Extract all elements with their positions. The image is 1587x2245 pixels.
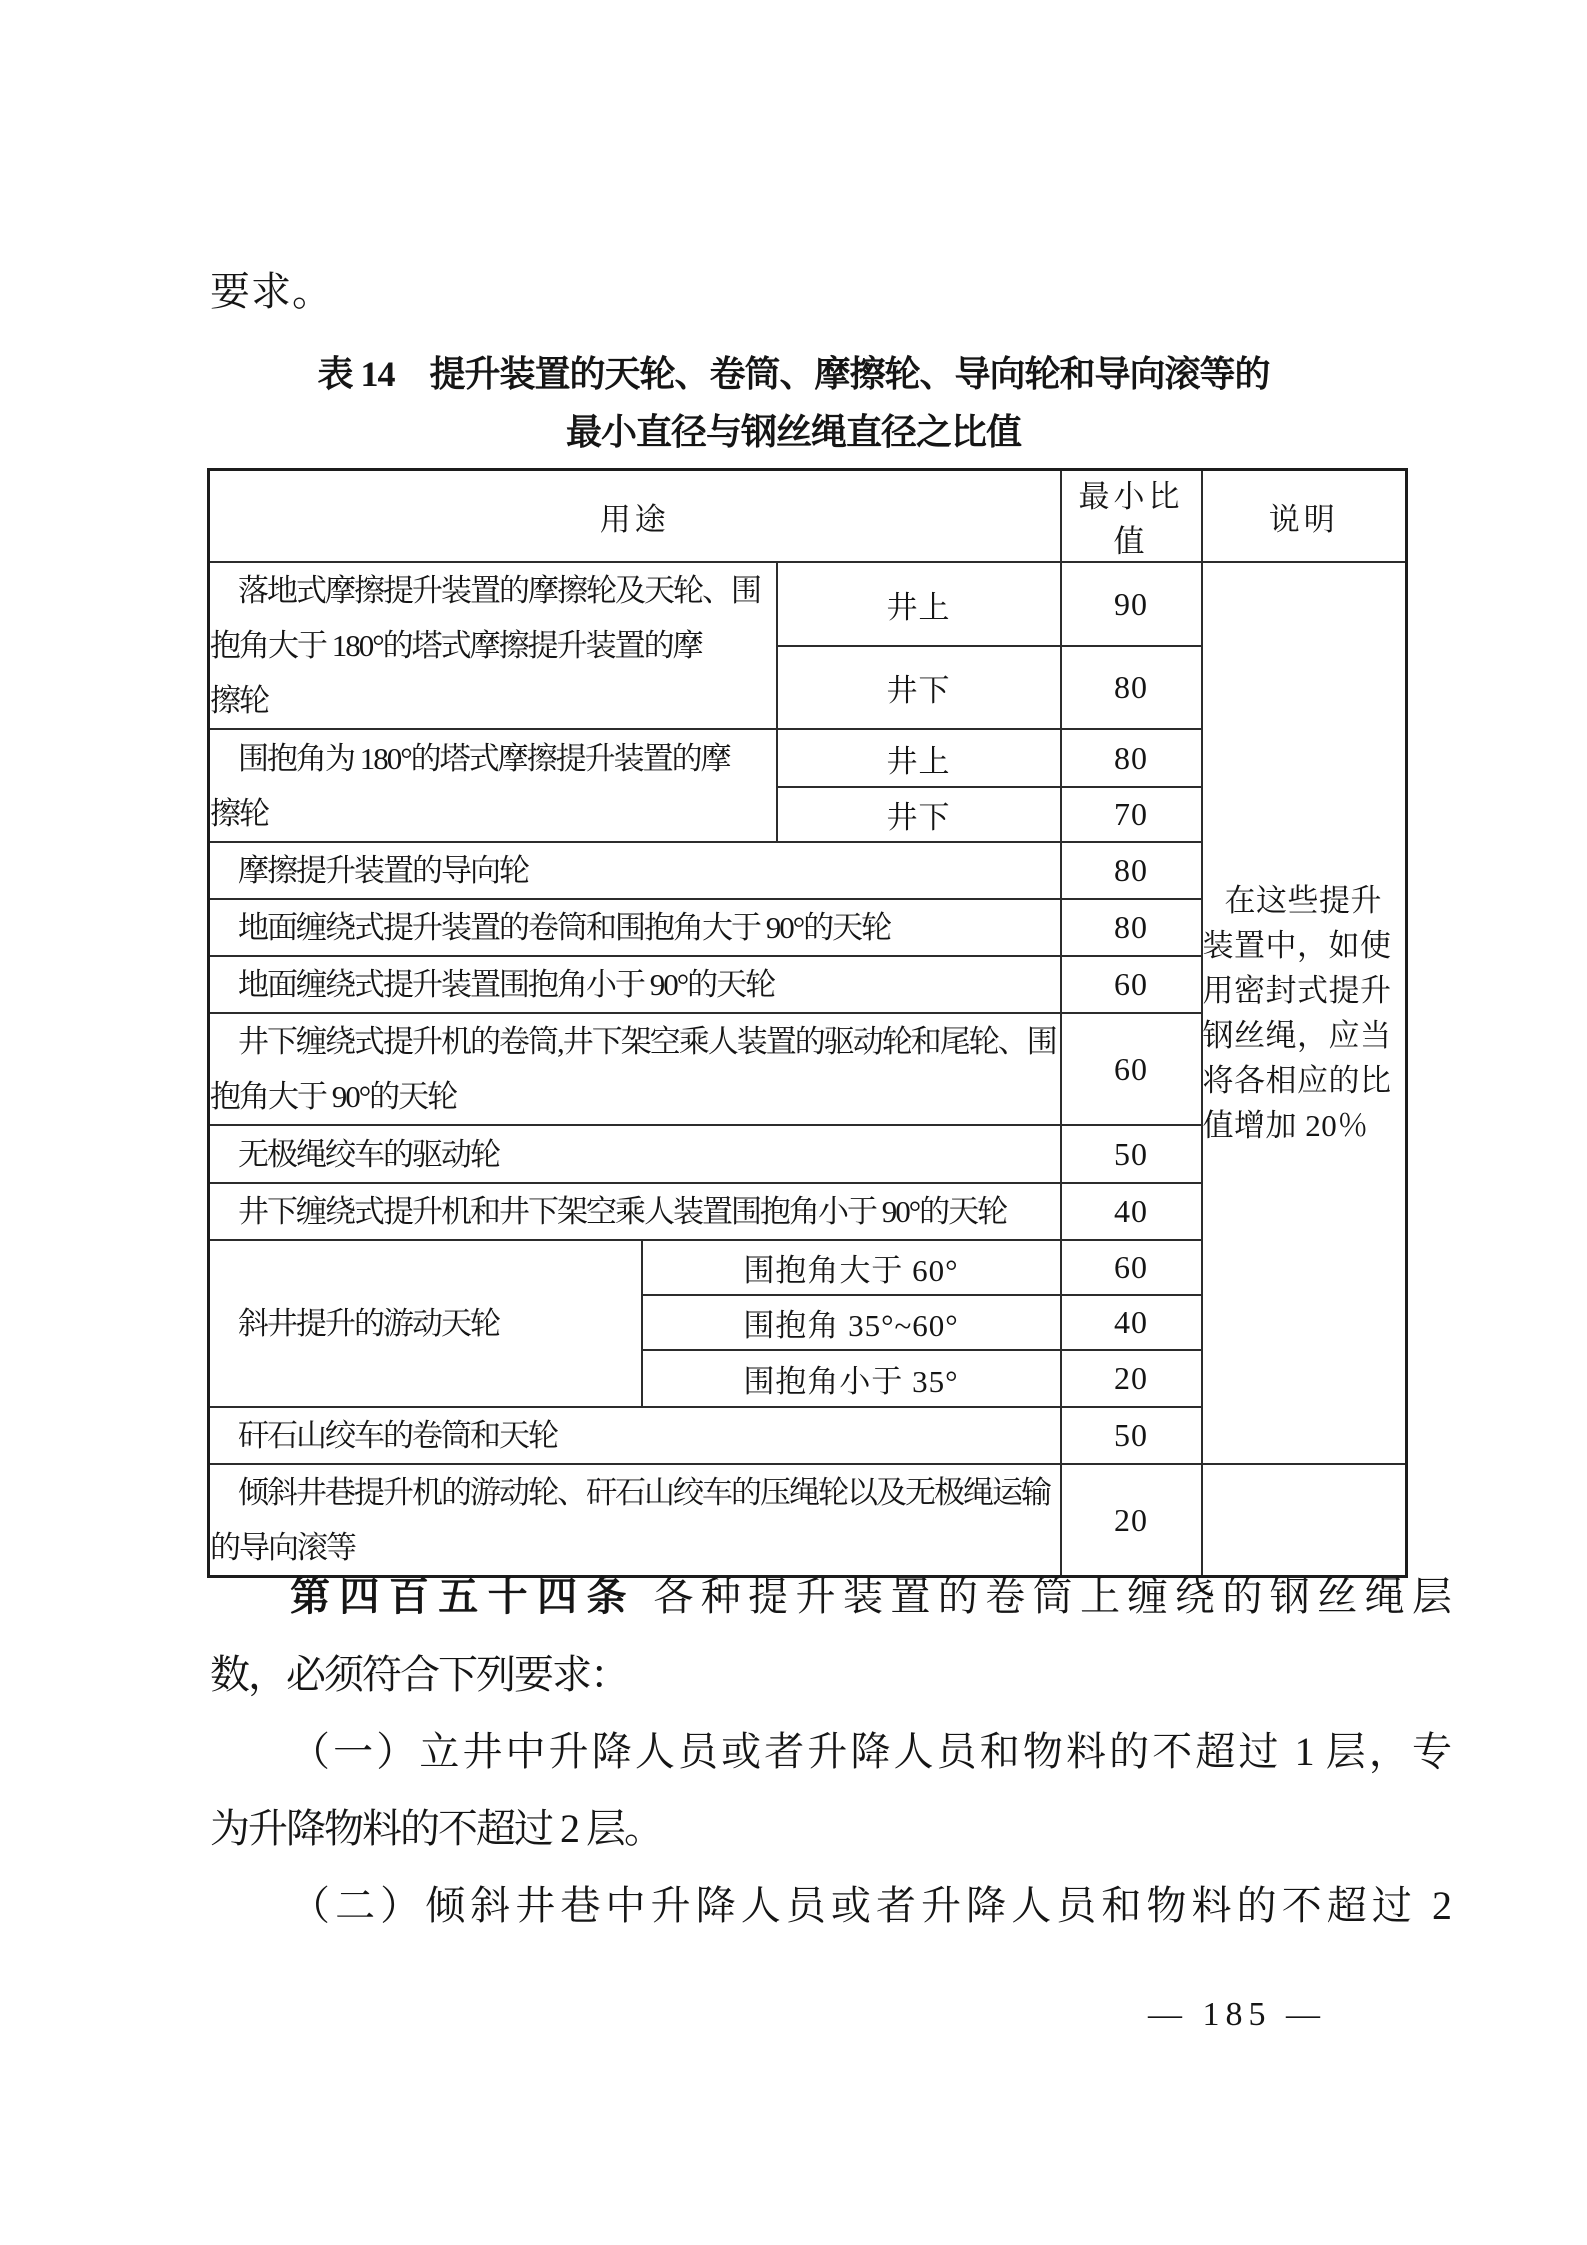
article-number: 第四百五十四条 [290,1575,636,1619]
ratio-value-cell: 80 [1061,646,1202,729]
column-header-note: 说明 [1202,470,1407,563]
ratio-value-cell: 20 [1061,1350,1202,1407]
table-title-line2: 最小直径与钢丝绳直径之比值 [0,410,1587,454]
ratio-value-cell: 50 [1061,1407,1202,1464]
ratio-value-cell: 40 [1061,1183,1202,1240]
column-header-usage: 用途 [209,470,1061,563]
article-line-4: 为升降物料的不超过 2 层。 [210,1790,1450,1867]
ratio-value-cell: 70 [1061,787,1202,842]
article-line-1-rest: 各种提升装置的卷筒上缠绕的钢丝绳层 [653,1574,1450,1619]
usage-cell-r6: 井下缠绕式提升机的卷筒,井下架空乘人装置的驱动轮和尾轮、围 抱角大于 90°的天… [209,1013,1061,1125]
usage-cell-r5: 地面缠绕式提升装置围抱角小于 90°的天轮 [209,956,1061,1013]
location-cell: 井下 [777,646,1061,729]
usage-cell-r1: 落地式摩擦提升装置的摩擦轮及天轮、围 抱角大于 180°的塔式摩擦提升装置的摩 … [209,562,777,729]
usage-cell-r2: 围抱角为 180°的塔式摩擦提升装置的摩 擦轮 [209,729,777,842]
ratio-value-cell: 90 [1061,562,1202,646]
article-line-1: 第四百五十四条 各种提升装置的卷筒上缠绕的钢丝绳层 [210,1558,1450,1636]
ratio-value-cell: 60 [1061,956,1202,1013]
column-header-min-ratio: 最小比值 [1061,470,1202,563]
ratio-value-cell: 60 [1061,1013,1202,1125]
ratio-value-cell: 80 [1061,842,1202,899]
table-header-row: 用途 最小比值 说明 [209,470,1407,563]
angle-cell: 围抱角小于 35° [642,1350,1061,1407]
page-number: — 185 — [1148,1996,1326,2034]
ratio-value-cell: 80 [1061,899,1202,956]
ratio-value-cell: 60 [1061,1240,1202,1295]
article-line-2: 数，必须符合下列要求： [210,1636,1450,1713]
location-cell: 井上 [777,562,1061,646]
usage-cell-r3: 摩擦提升装置的导向轮 [209,842,1061,899]
article-line-3: （一）立井中升降人员或者升降人员和物料的不超过 1 层，专 [210,1713,1450,1790]
note-cell: 在这些提升 装置中，如使 用密封式提升 钢丝绳，应当 将各相应的比 值增加 20… [1202,562,1407,1464]
table-row: 落地式摩擦提升装置的摩擦轮及天轮、围 抱角大于 180°的塔式摩擦提升装置的摩 … [209,562,1407,646]
ratio-value-cell: 50 [1061,1125,1202,1183]
location-cell: 井上 [777,729,1061,787]
angle-cell: 围抱角 35°~60° [642,1295,1061,1350]
usage-cell-r7: 无极绳绞车的驱动轮 [209,1125,1061,1183]
ratio-table: 用途 最小比值 说明 落地式摩擦提升装置的摩擦轮及天轮、围 抱角大于 180°的… [207,468,1408,1578]
angle-cell: 围抱角大于 60° [642,1240,1061,1295]
usage-cell-r8: 井下缠绕式提升机和井下架空乘人装置围抱角小于 90°的天轮 [209,1183,1061,1240]
usage-cell-r10: 矸石山绞车的卷筒和天轮 [209,1407,1061,1464]
location-cell: 井下 [777,787,1061,842]
ratio-value-cell: 40 [1061,1295,1202,1350]
usage-cell-r9: 斜井提升的游动天轮 [209,1240,642,1407]
ratio-value-cell: 80 [1061,729,1202,787]
article-line-5: （二）倾斜井巷中升降人员或者升降人员和物料的不超过 2 [210,1867,1450,1944]
intro-text: 要求。 [210,268,333,316]
table-title-line1: 表 14 提升装置的天轮、卷筒、摩擦轮、导向轮和导向滚等的 [0,352,1587,396]
article-paragraphs: 第四百五十四条 各种提升装置的卷筒上缠绕的钢丝绳层 数，必须符合下列要求： （一… [210,1558,1450,1944]
usage-cell-r4: 地面缠绕式提升装置的卷筒和围抱角大于 90°的天轮 [209,899,1061,956]
